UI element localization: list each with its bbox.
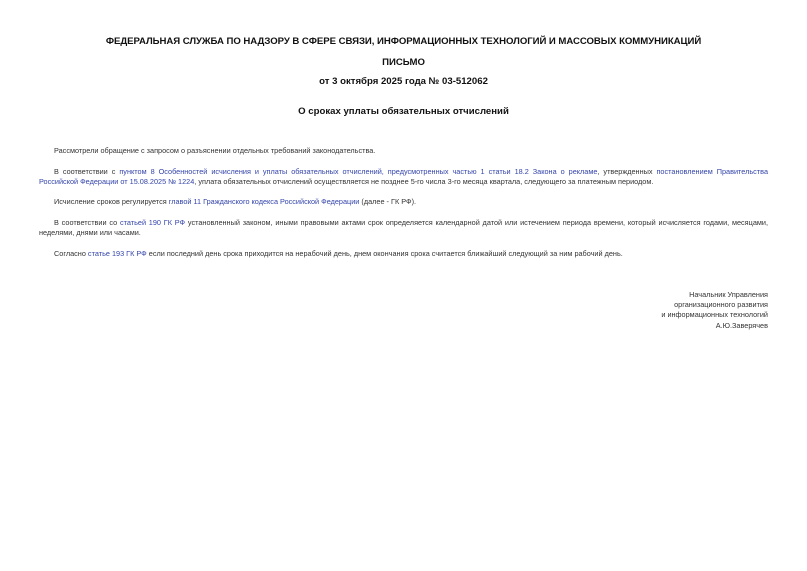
link-article-193-gk[interactable]: статье 193 ГК РФ <box>88 249 147 258</box>
paragraph-text: В соответствии со <box>54 218 120 227</box>
document-page: ФЕДЕРАЛЬНАЯ СЛУЖБА ПО НАДЗОРУ В СФЕРЕ СВ… <box>0 0 807 571</box>
paragraph-4: В соответствии со статьей 190 ГК РФ уста… <box>39 218 768 238</box>
paragraph-text: , утвержденных <box>597 167 656 176</box>
paragraph-text: если последний день срока приходится на … <box>147 249 623 258</box>
paragraph-text: , уплата обязательных отчислений осущест… <box>194 177 653 186</box>
agency-name: ФЕДЕРАЛЬНАЯ СЛУЖБА ПО НАДЗОРУ В СФЕРЕ СВ… <box>0 36 807 47</box>
signature-block: Начальник Управления организационного ра… <box>661 290 768 331</box>
document-subject: О сроках уплаты обязательных отчислений <box>0 106 807 117</box>
link-article-190-gk[interactable]: статьей 190 ГК РФ <box>120 218 185 227</box>
paragraph-2: В соответствии с пунктом 8 Особенностей … <box>39 167 768 187</box>
signature-position-line-2: организационного развития <box>661 300 768 310</box>
paragraph-text: В соответствии с <box>54 167 119 176</box>
paragraph-3: Исчисление сроков регулируется главой 11… <box>39 197 768 207</box>
signature-name: А.Ю.Заверячев <box>661 321 768 331</box>
paragraph-text: (далее - ГК РФ). <box>359 197 416 206</box>
link-punkt-8[interactable]: пунктом 8 Особенностей исчисления и упла… <box>119 167 597 176</box>
document-date-number: от 3 октября 2025 года № 03-512062 <box>0 76 807 87</box>
paragraph-text: Согласно <box>54 249 88 258</box>
paragraph-1: Рассмотрели обращение с запросом о разъя… <box>39 146 768 156</box>
signature-position-line-3: и информационных технологий <box>661 310 768 320</box>
paragraph-text: Исчисление сроков регулируется <box>54 197 169 206</box>
link-chapter-11-gk[interactable]: главой 11 Гражданского кодекса Российско… <box>169 197 360 206</box>
paragraph-5: Согласно статье 193 ГК РФ если последний… <box>39 249 768 259</box>
signature-position-line-1: Начальник Управления <box>661 290 768 300</box>
paragraph-text: Рассмотрели обращение с запросом о разъя… <box>54 146 375 155</box>
document-type: ПИСЬМО <box>0 57 807 68</box>
